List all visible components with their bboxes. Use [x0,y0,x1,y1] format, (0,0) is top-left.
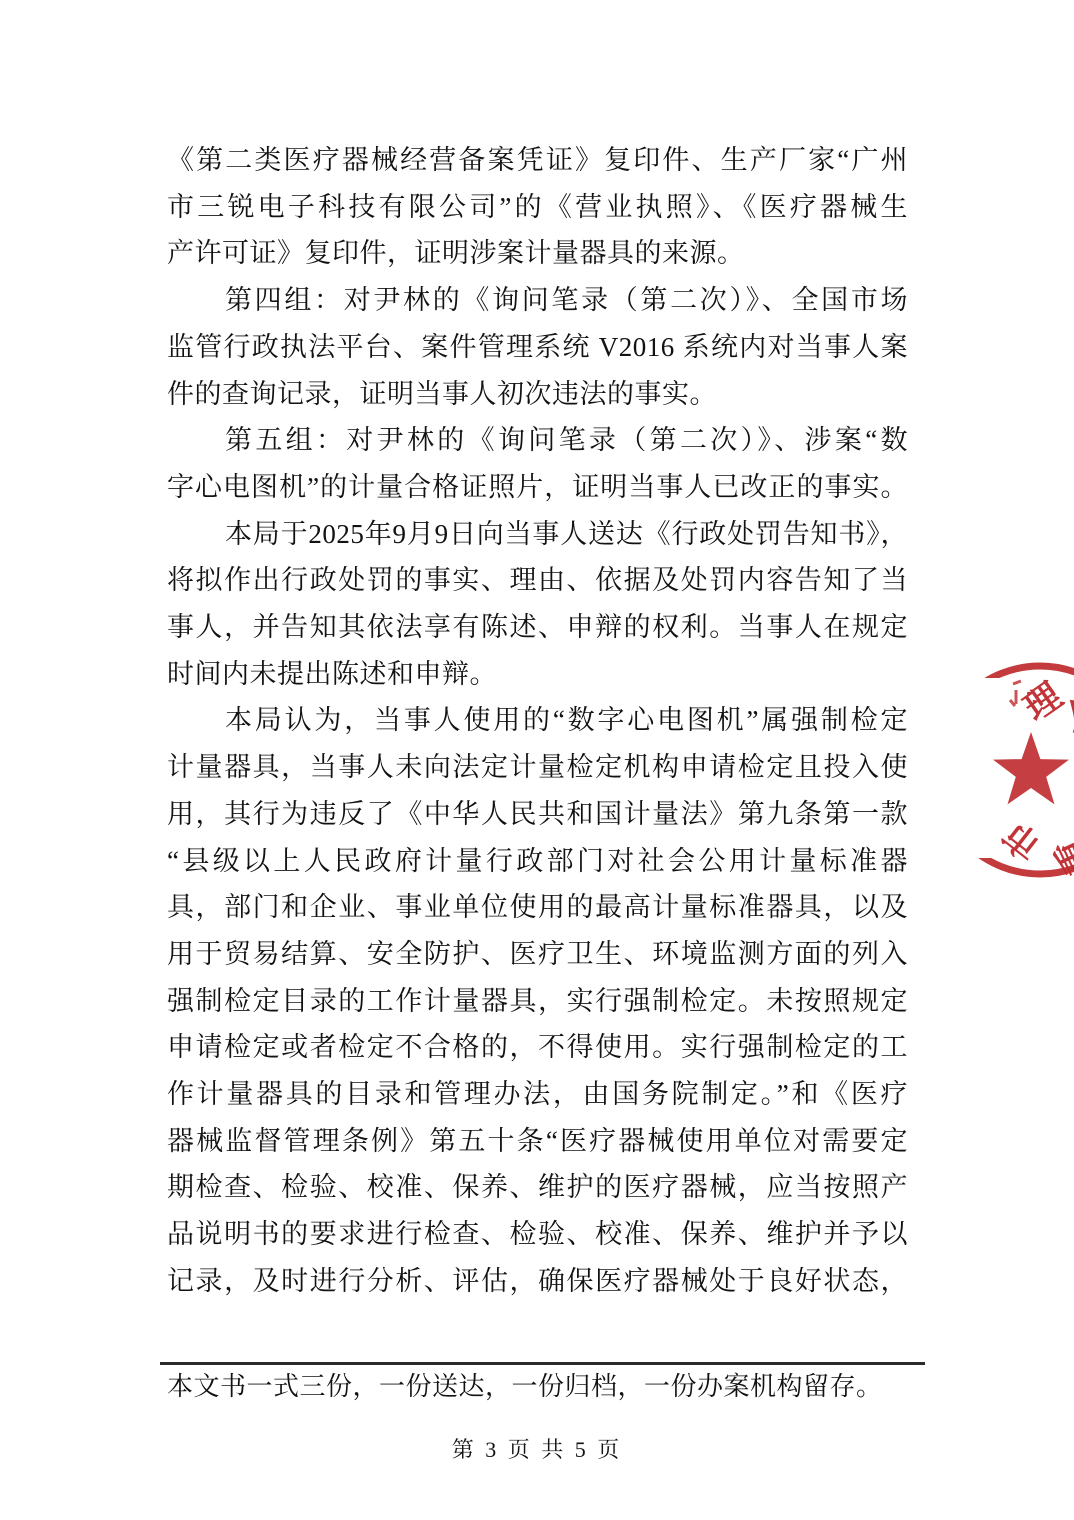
body-line: 器械监督管理条例》第五十条“医疗器械使用单位对需要定 [167,1118,908,1165]
body-line: 申请检定或者检定不合格的，不得使用。实行强制检定的工 [167,1024,908,1071]
official-red-seal-icon: 理 局 市 重 [914,620,1074,910]
body-line: 第五组：对尹林的《询问笔录（第二次）》、涉案“数 [167,417,908,464]
body-line: 本局认为，当事人使用的“数字心电图机”属强制检定 [167,697,908,744]
seal-char: 市 [995,813,1048,867]
document-body: 《第二类医疗器械经营备案凭证》复印件、生产厂家“广州 市三锐电子科技有限公司”的… [167,137,908,1305]
body-line: 监管行政执法平台、案件管理系统 V2016 系统内对当事人案 [167,324,908,371]
seal-star-icon [993,732,1069,804]
body-line: 用于贸易结算、安全防护、医疗卫生、环境监测方面的列入 [167,931,908,978]
seal-ring [936,666,1074,874]
body-line: 具，部门和企业、事业单位使用的最高计量标准器具，以及 [167,884,908,931]
footer-divider [160,1362,925,1365]
body-line: 品说明书的要求进行检查、检验、校准、保养、维护并予以 [167,1211,908,1258]
body-line: “县级以上人民政府计量行政部门对社会公用计量标准器 [167,838,908,885]
body-line: 产许可证》复印件，证明涉案计量器具的来源。 [167,230,908,277]
body-line: 用，其行为违反了《中华人民共和国计量法》第九条第一款 [167,791,908,838]
body-line: 时间内未提出陈述和申辩。 [167,651,908,698]
seal-char: 理 [1017,675,1069,728]
seal-char: 局 [1064,690,1074,738]
body-line: 强制检定目录的工作计量器具，实行强制检定。未按照规定 [167,978,908,1025]
body-line: 本局于2025年9月9日向当事人送达《行政处罚告知书》， [167,511,908,558]
body-line: 作计量器具的目录和管理办法，由国务院制定。”和《医疗 [167,1071,908,1118]
page-number: 第 3 页 共 5 页 [0,1433,1074,1464]
body-line: 字心电图机”的计量合格证照片，证明当事人已改正的事实。 [167,464,908,511]
body-line: 事人，并告知其依法享有陈述、申辩的权利。当事人在规定 [167,604,908,651]
body-line: 计量器具，当事人未向法定计量检定机构申请检定且投入使 [167,744,908,791]
body-line: 件的查询记录，证明当事人初次违法的事实。 [167,371,908,418]
body-line: 期检查、检验、校准、保养、维护的医疗器械，应当按照产 [167,1164,908,1211]
seal-ring-fade [914,678,999,858]
body-line: 记录，及时进行分析、评估，确保医疗器械处于良好状态， [167,1258,908,1305]
body-line: 市三锐电子科技有限公司”的《营业执照》、《医疗器械生 [167,184,908,231]
seal-ink-fragment [1010,681,1021,706]
body-line: 《第二类医疗器械经营备案凭证》复印件、生产厂家“广州 [167,137,908,184]
body-line: 将拟作出行政处罚的事实、理由、依据及处罚内容告知了当 [167,557,908,604]
footer-note: 本文书一式三份，一份送达，一份归档，一份办案机构留存。 [167,1370,947,1404]
seal-char: 重 [1048,831,1074,881]
document-page: 《第二类医疗器械经营备案凭证》复印件、生产厂家“广州 市三锐电子科技有限公司”的… [0,0,1074,1520]
body-line: 第四组：对尹林的《询问笔录（第二次）》、全国市场 [167,277,908,324]
